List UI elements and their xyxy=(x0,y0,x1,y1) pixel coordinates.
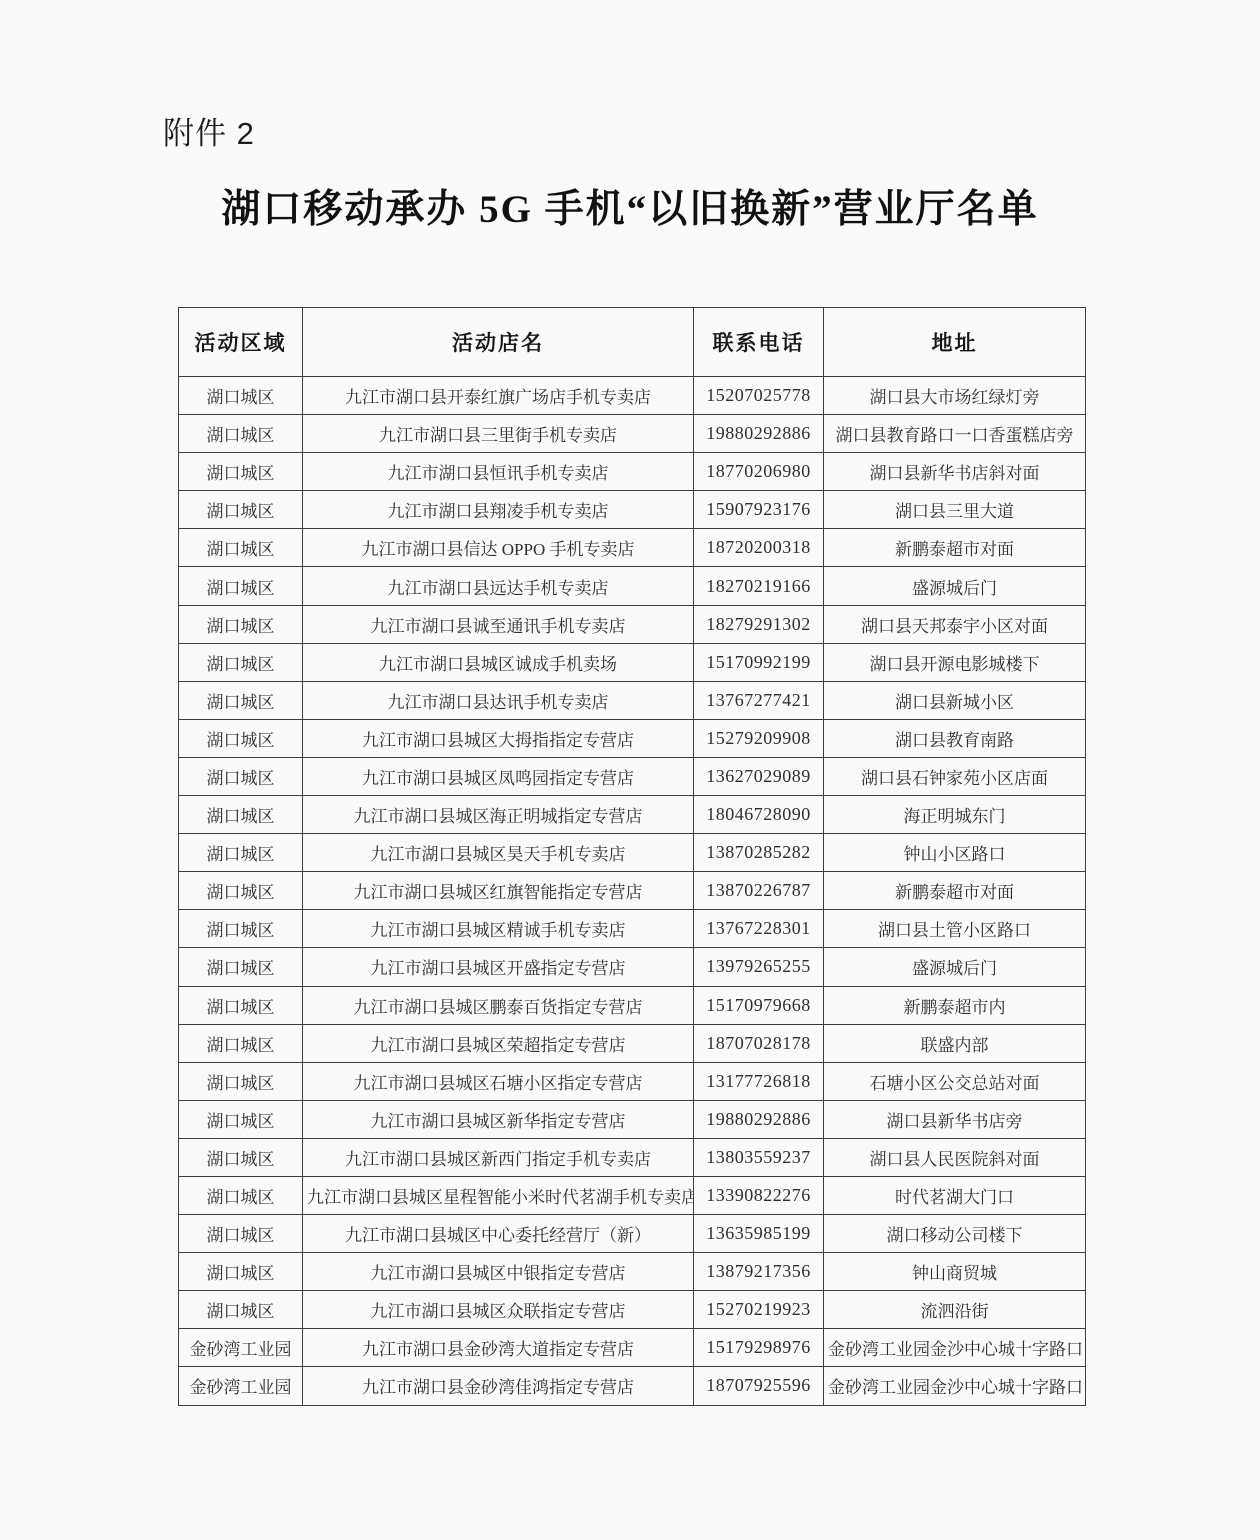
table-row: 湖口城区九江市湖口县城区昊天手机专卖店13870285282钟山小区路口 xyxy=(179,834,1086,872)
table-row: 湖口城区九江市湖口县城区开盛指定专营店13979265255盛源城后门 xyxy=(179,948,1086,986)
cell-region: 湖口城区 xyxy=(179,796,303,834)
cell-region: 湖口城区 xyxy=(179,605,303,643)
cell-address: 湖口县大市场红绿灯旁 xyxy=(824,377,1086,415)
header-region: 活动区域 xyxy=(179,308,303,377)
cell-store: 九江市湖口县城区中银指定专营店 xyxy=(303,1253,694,1291)
cell-address: 湖口县新城小区 xyxy=(824,681,1086,719)
table-row: 湖口城区九江市湖口县城区众联指定专营店15270219923流泗沿街 xyxy=(179,1291,1086,1329)
cell-phone: 13767228301 xyxy=(694,910,824,948)
cell-store: 九江市湖口县信达 OPPO 手机专卖店 xyxy=(303,529,694,567)
cell-address: 湖口县三里大道 xyxy=(824,491,1086,529)
cell-region: 湖口城区 xyxy=(179,986,303,1024)
cell-address: 海正明城东门 xyxy=(824,796,1086,834)
cell-address: 湖口县土管小区路口 xyxy=(824,910,1086,948)
cell-store: 九江市湖口县开泰红旗广场店手机专卖店 xyxy=(303,377,694,415)
cell-store: 九江市湖口县金砂湾佳鸿指定专营店 xyxy=(303,1367,694,1405)
cell-store: 九江市湖口县城区凤鸣园指定专营店 xyxy=(303,757,694,795)
header-address: 地址 xyxy=(824,308,1086,377)
cell-region: 湖口城区 xyxy=(179,1024,303,1062)
cell-address: 金砂湾工业园金沙中心城十字路口 xyxy=(824,1367,1086,1405)
cell-region: 湖口城区 xyxy=(179,529,303,567)
table-row: 湖口城区九江市湖口县达讯手机专卖店13767277421湖口县新城小区 xyxy=(179,681,1086,719)
cell-store: 九江市湖口县远达手机专卖店 xyxy=(303,567,694,605)
cell-region: 湖口城区 xyxy=(179,681,303,719)
cell-address: 新鹏泰超市对面 xyxy=(824,872,1086,910)
cell-address: 湖口县开源电影城楼下 xyxy=(824,643,1086,681)
cell-address: 湖口县教育路口一口香蛋糕店旁 xyxy=(824,415,1086,453)
table-row: 湖口城区九江市湖口县城区鹏泰百货指定专营店15170979668新鹏泰超市内 xyxy=(179,986,1086,1024)
cell-store: 九江市湖口县城区石塘小区指定专营店 xyxy=(303,1062,694,1100)
cell-store: 九江市湖口县城区昊天手机专卖店 xyxy=(303,834,694,872)
cell-region: 湖口城区 xyxy=(179,948,303,986)
header-phone: 联系电话 xyxy=(694,308,824,377)
cell-region: 湖口城区 xyxy=(179,377,303,415)
cell-phone: 13767277421 xyxy=(694,681,824,719)
table-row: 金砂湾工业园九江市湖口县金砂湾佳鸿指定专营店18707925596金砂湾工业园金… xyxy=(179,1367,1086,1405)
cell-phone: 15907923176 xyxy=(694,491,824,529)
table-row: 湖口城区九江市湖口县城区中心委托经营厅（新）13635985199湖口移动公司楼… xyxy=(179,1215,1086,1253)
table-row: 湖口城区九江市湖口县翔凌手机专卖店15907923176湖口县三里大道 xyxy=(179,491,1086,529)
cell-region: 湖口城区 xyxy=(179,719,303,757)
cell-store: 九江市湖口县达讯手机专卖店 xyxy=(303,681,694,719)
cell-region: 湖口城区 xyxy=(179,415,303,453)
cell-store: 九江市湖口县城区红旗智能指定专营店 xyxy=(303,872,694,910)
cell-phone: 13627029089 xyxy=(694,757,824,795)
table-row: 金砂湾工业园九江市湖口县金砂湾大道指定专营店15179298976金砂湾工业园金… xyxy=(179,1329,1086,1367)
table-row: 湖口城区九江市湖口县城区新西门指定手机专卖店13803559237湖口县人民医院… xyxy=(179,1138,1086,1176)
cell-phone: 15270219923 xyxy=(694,1291,824,1329)
cell-store: 九江市湖口县金砂湾大道指定专营店 xyxy=(303,1329,694,1367)
cell-store: 九江市湖口县城区星程智能小米时代茗湖手机专卖店 xyxy=(303,1176,694,1214)
table-row: 湖口城区九江市湖口县城区大拇指指定专营店15279209908湖口县教育南路 xyxy=(179,719,1086,757)
header-row: 活动区域 活动店名 联系电话 地址 xyxy=(179,308,1086,377)
cell-region: 湖口城区 xyxy=(179,1100,303,1138)
cell-phone: 13879217356 xyxy=(694,1253,824,1291)
table-row: 湖口城区九江市湖口县三里街手机专卖店19880292886湖口县教育路口一口香蛋… xyxy=(179,415,1086,453)
cell-phone: 18046728090 xyxy=(694,796,824,834)
cell-region: 湖口城区 xyxy=(179,1062,303,1100)
cell-store: 九江市湖口县城区众联指定专营店 xyxy=(303,1291,694,1329)
cell-address: 湖口县天邦泰宇小区对面 xyxy=(824,605,1086,643)
cell-region: 湖口城区 xyxy=(179,757,303,795)
cell-address: 湖口县教育南路 xyxy=(824,719,1086,757)
cell-phone: 13390822276 xyxy=(694,1176,824,1214)
cell-store: 九江市湖口县城区荣超指定专营店 xyxy=(303,1024,694,1062)
cell-store: 九江市湖口县城区鹏泰百货指定专营店 xyxy=(303,986,694,1024)
cell-store: 九江市湖口县城区诚成手机卖场 xyxy=(303,643,694,681)
cell-address: 新鹏泰超市对面 xyxy=(824,529,1086,567)
table-row: 湖口城区九江市湖口县城区星程智能小米时代茗湖手机专卖店13390822276时代… xyxy=(179,1176,1086,1214)
table-row: 湖口城区九江市湖口县信达 OPPO 手机专卖店18720200318新鹏泰超市对… xyxy=(179,529,1086,567)
cell-phone: 13870285282 xyxy=(694,834,824,872)
cell-region: 湖口城区 xyxy=(179,491,303,529)
cell-store: 九江市湖口县城区新华指定专营店 xyxy=(303,1100,694,1138)
table-row: 湖口城区九江市湖口县城区诚成手机卖场15170992199湖口县开源电影城楼下 xyxy=(179,643,1086,681)
table-row: 湖口城区九江市湖口县城区石塘小区指定专营店13177726818石塘小区公交总站… xyxy=(179,1062,1086,1100)
cell-address: 湖口县石钟家苑小区店面 xyxy=(824,757,1086,795)
cell-store: 九江市湖口县城区开盛指定专营店 xyxy=(303,948,694,986)
table-row: 湖口城区九江市湖口县城区新华指定专营店19880292886湖口县新华书店旁 xyxy=(179,1100,1086,1138)
cell-region: 湖口城区 xyxy=(179,1215,303,1253)
table-row: 湖口城区九江市湖口县城区精诚手机专卖店13767228301湖口县土管小区路口 xyxy=(179,910,1086,948)
cell-store: 九江市湖口县城区精诚手机专卖店 xyxy=(303,910,694,948)
attachment-label: 附件 2 xyxy=(163,108,255,153)
cell-address: 湖口县新华书店旁 xyxy=(824,1100,1086,1138)
cell-phone: 15279209908 xyxy=(694,719,824,757)
table-row: 湖口城区九江市湖口县恒讯手机专卖店18770206980湖口县新华书店斜对面 xyxy=(179,453,1086,491)
cell-address: 新鹏泰超市内 xyxy=(824,986,1086,1024)
cell-address: 湖口移动公司楼下 xyxy=(824,1215,1086,1253)
cell-address: 石塘小区公交总站对面 xyxy=(824,1062,1086,1100)
cell-phone: 13979265255 xyxy=(694,948,824,986)
table-row: 湖口城区九江市湖口县远达手机专卖店18270219166盛源城后门 xyxy=(179,567,1086,605)
cell-phone: 18279291302 xyxy=(694,605,824,643)
cell-region: 湖口城区 xyxy=(179,1253,303,1291)
cell-store: 九江市湖口县三里街手机专卖店 xyxy=(303,415,694,453)
cell-store: 九江市湖口县城区新西门指定手机专卖店 xyxy=(303,1138,694,1176)
store-table: 活动区域 活动店名 联系电话 地址 湖口城区九江市湖口县开泰红旗广场店手机专卖店… xyxy=(178,307,1086,1406)
cell-phone: 19880292886 xyxy=(694,1100,824,1138)
cell-address: 湖口县人民医院斜对面 xyxy=(824,1138,1086,1176)
table-body: 湖口城区九江市湖口县开泰红旗广场店手机专卖店15207025778湖口县大市场红… xyxy=(179,377,1086,1406)
header-store: 活动店名 xyxy=(303,308,694,377)
cell-phone: 18707028178 xyxy=(694,1024,824,1062)
cell-region: 湖口城区 xyxy=(179,1176,303,1214)
table-row: 湖口城区九江市湖口县城区红旗智能指定专营店13870226787新鹏泰超市对面 xyxy=(179,872,1086,910)
cell-phone: 13803559237 xyxy=(694,1138,824,1176)
cell-phone: 13635985199 xyxy=(694,1215,824,1253)
cell-region: 湖口城区 xyxy=(179,1291,303,1329)
page-title: 湖口移动承办 5G 手机“以旧换新”营业厅名单 xyxy=(0,178,1260,234)
cell-region: 湖口城区 xyxy=(179,567,303,605)
cell-store: 九江市湖口县城区中心委托经营厅（新） xyxy=(303,1215,694,1253)
cell-address: 盛源城后门 xyxy=(824,567,1086,605)
cell-address: 时代茗湖大门口 xyxy=(824,1176,1086,1214)
cell-phone: 15170992199 xyxy=(694,643,824,681)
cell-store: 九江市湖口县翔凌手机专卖店 xyxy=(303,491,694,529)
table-row: 湖口城区九江市湖口县城区海正明城指定专营店18046728090海正明城东门 xyxy=(179,796,1086,834)
cell-region: 湖口城区 xyxy=(179,643,303,681)
cell-store: 九江市湖口县诚至通讯手机专卖店 xyxy=(303,605,694,643)
cell-phone: 18720200318 xyxy=(694,529,824,567)
cell-phone: 15207025778 xyxy=(694,377,824,415)
cell-phone: 13177726818 xyxy=(694,1062,824,1100)
cell-address: 湖口县新华书店斜对面 xyxy=(824,453,1086,491)
table-row: 湖口城区九江市湖口县城区中银指定专营店13879217356钟山商贸城 xyxy=(179,1253,1086,1291)
cell-phone: 18770206980 xyxy=(694,453,824,491)
cell-address: 金砂湾工业园金沙中心城十字路口 xyxy=(824,1329,1086,1367)
cell-store: 九江市湖口县城区海正明城指定专营店 xyxy=(303,796,694,834)
cell-phone: 15170979668 xyxy=(694,986,824,1024)
cell-phone: 15179298976 xyxy=(694,1329,824,1367)
table-row: 湖口城区九江市湖口县开泰红旗广场店手机专卖店15207025778湖口县大市场红… xyxy=(179,377,1086,415)
cell-region: 金砂湾工业园 xyxy=(179,1329,303,1367)
cell-region: 湖口城区 xyxy=(179,1138,303,1176)
cell-region: 湖口城区 xyxy=(179,910,303,948)
table-header: 活动区域 活动店名 联系电话 地址 xyxy=(179,308,1086,377)
cell-address: 盛源城后门 xyxy=(824,948,1086,986)
cell-address: 联盛内部 xyxy=(824,1024,1086,1062)
cell-address: 流泗沿街 xyxy=(824,1291,1086,1329)
cell-phone: 18270219166 xyxy=(694,567,824,605)
cell-region: 湖口城区 xyxy=(179,872,303,910)
cell-phone: 19880292886 xyxy=(694,415,824,453)
cell-address: 钟山小区路口 xyxy=(824,834,1086,872)
cell-region: 湖口城区 xyxy=(179,453,303,491)
table-row: 湖口城区九江市湖口县城区荣超指定专营店18707028178联盛内部 xyxy=(179,1024,1086,1062)
cell-store: 九江市湖口县恒讯手机专卖店 xyxy=(303,453,694,491)
cell-phone: 18707925596 xyxy=(694,1367,824,1405)
table-row: 湖口城区九江市湖口县诚至通讯手机专卖店18279291302湖口县天邦泰宇小区对… xyxy=(179,605,1086,643)
cell-region: 金砂湾工业园 xyxy=(179,1367,303,1405)
cell-phone: 13870226787 xyxy=(694,872,824,910)
table-row: 湖口城区九江市湖口县城区凤鸣园指定专营店13627029089湖口县石钟家苑小区… xyxy=(179,757,1086,795)
cell-store: 九江市湖口县城区大拇指指定专营店 xyxy=(303,719,694,757)
cell-region: 湖口城区 xyxy=(179,834,303,872)
cell-address: 钟山商贸城 xyxy=(824,1253,1086,1291)
